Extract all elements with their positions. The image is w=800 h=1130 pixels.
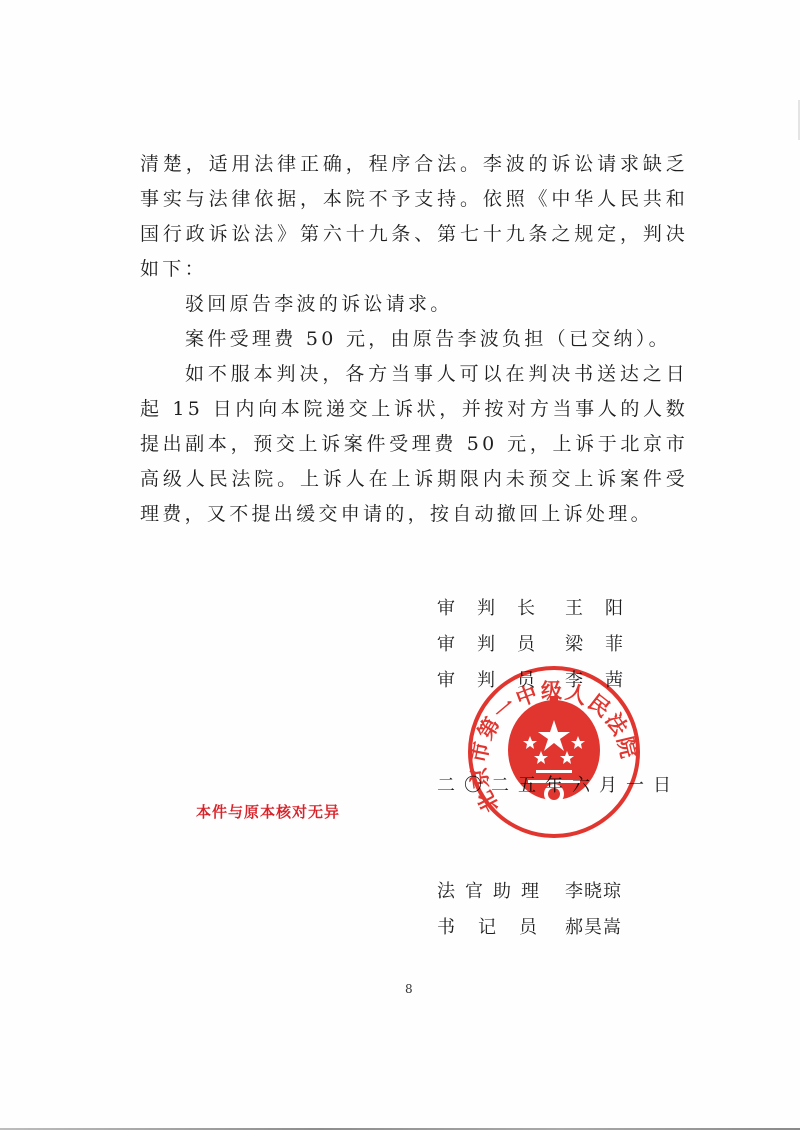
judge-name: 梁菲	[565, 633, 645, 657]
document-page: 清楚，适用法律正确，程序合法。李波的诉讼请求缺乏事实与法律依据，本院不予支持。依…	[0, 0, 800, 1130]
page-number: 8	[405, 982, 413, 996]
judge-row-presiding: 审判长王阳	[437, 597, 645, 621]
judge-name: 王阳	[565, 597, 645, 621]
paragraph-reasoning: 清楚，适用法律正确，程序合法。李波的诉讼请求缺乏事实与法律依据，本院不予支持。依…	[140, 147, 688, 287]
judge-title: 审判长	[437, 597, 557, 621]
paragraph-ruling: 驳回原告李波的诉讼请求。	[140, 287, 688, 322]
judgment-body: 清楚，适用法律正确，程序合法。李波的诉讼请求缺乏事实与法律依据，本院不予支持。依…	[140, 147, 688, 532]
judge-title: 审判员	[437, 633, 557, 657]
clerk-name: 李晓琼	[565, 880, 622, 904]
clerk-row-assistant: 法官助理李晓琼	[437, 880, 622, 904]
clerk-title: 书记员	[437, 916, 565, 940]
clerk-row-clerk: 书记员郝昊嵩	[437, 916, 622, 940]
judge-row-2: 审判员梁菲	[437, 633, 645, 657]
clerk-title: 法官助理	[437, 880, 565, 904]
certification-stamp: 本件与原本核对无异	[196, 801, 340, 822]
court-seal-icon: 北京市第一中级人民法院	[464, 662, 644, 842]
paragraph-fee: 案件受理费 50 元，由原告李波负担（已交纳）。	[140, 322, 688, 357]
paragraph-appeal: 如不服本判决，各方当事人可以在判决书送达之日起 15 日内向本院递交上诉状，并按…	[140, 357, 688, 532]
clerk-name: 郝昊嵩	[565, 916, 622, 940]
